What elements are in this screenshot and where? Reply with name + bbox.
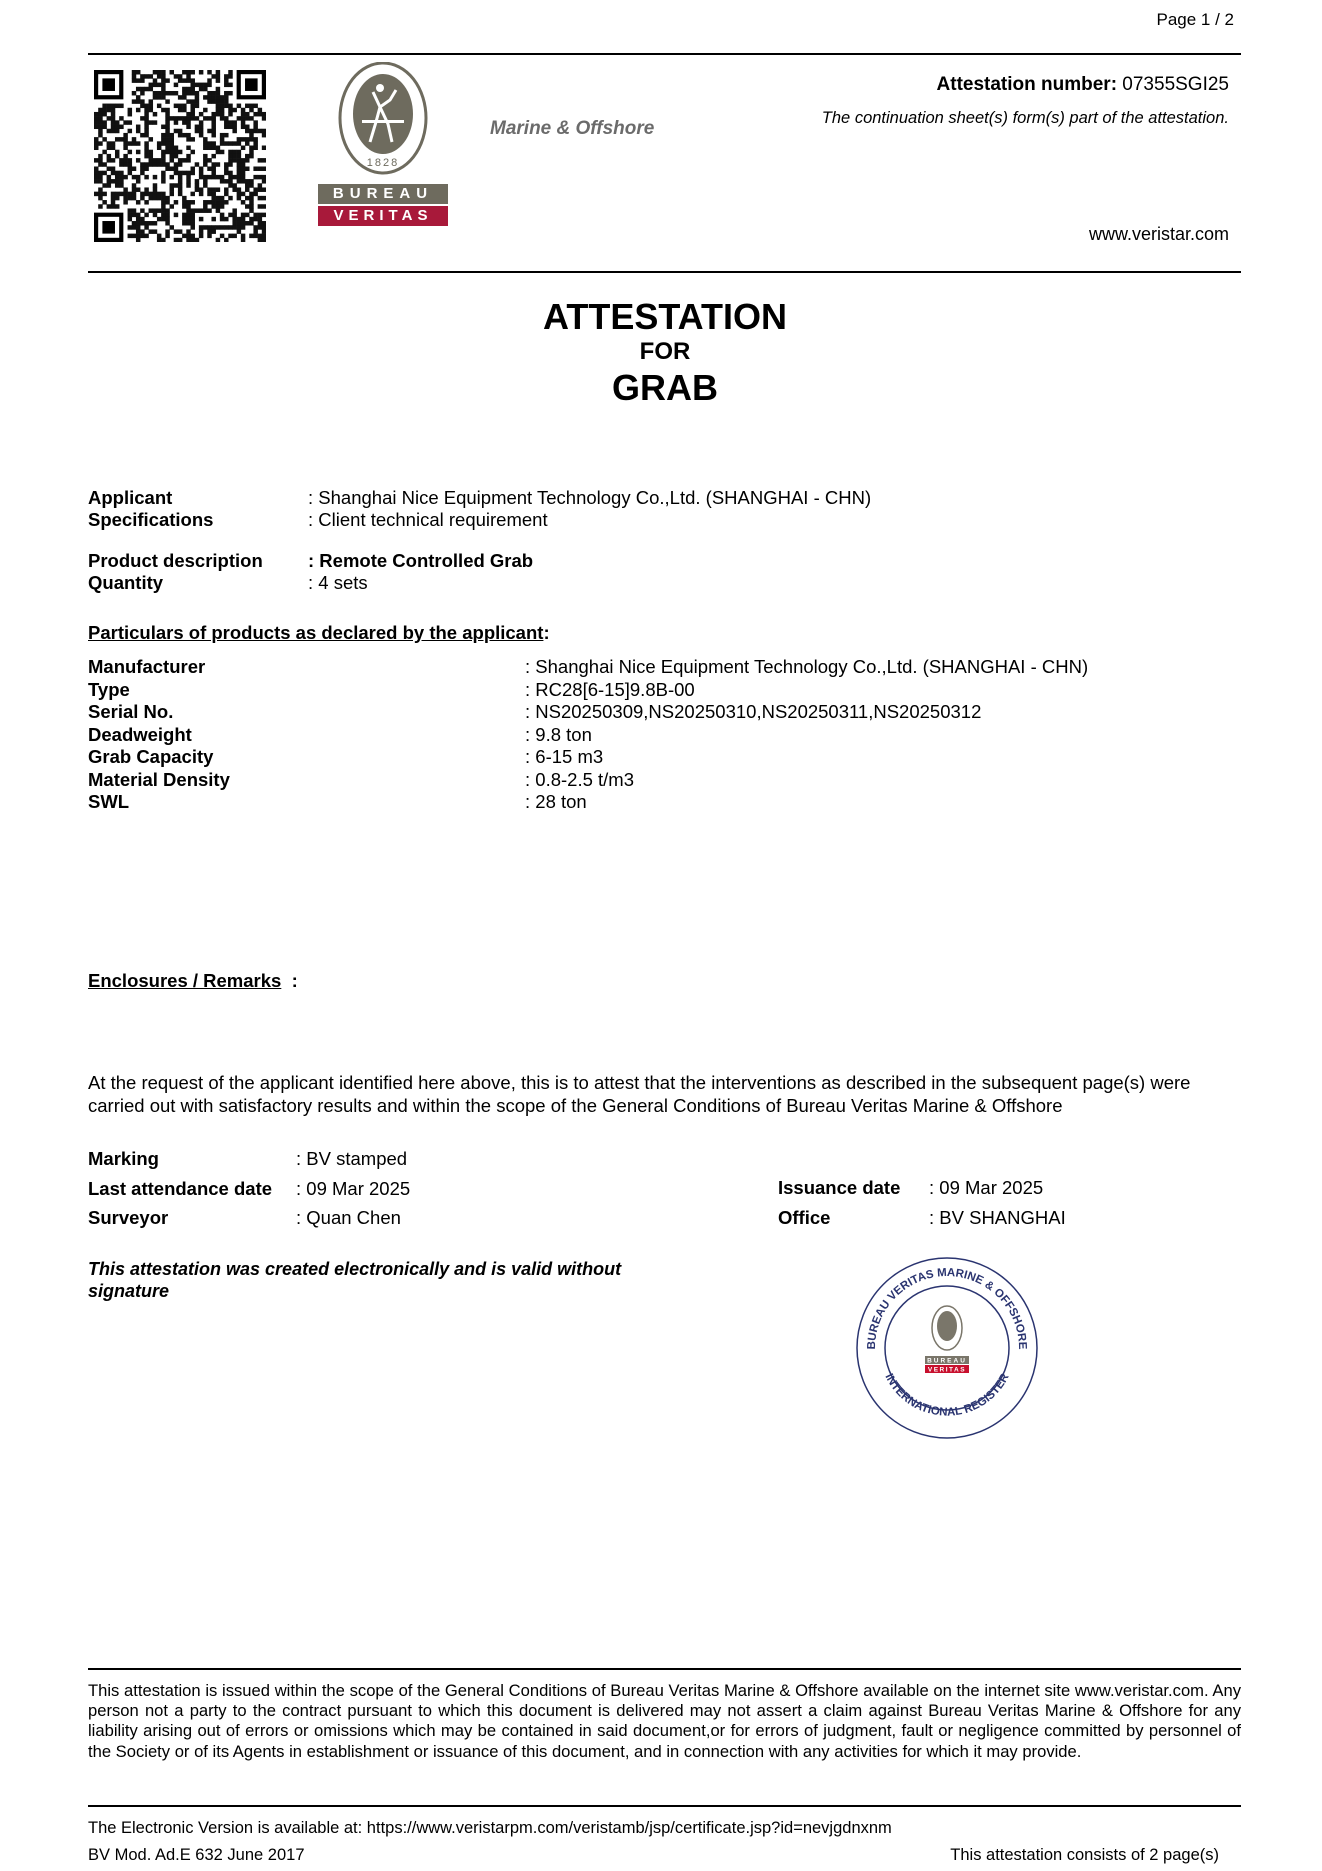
page-count: This attestation consists of 2 page(s) [950,1846,1219,1865]
header-rule-top [88,53,1241,55]
field-value: : Shanghai Nice Equipment Technology Co.… [525,656,1088,678]
header-rule-bottom [88,271,1241,273]
enclosures-heading: Enclosures / Remarks : [88,970,298,992]
attestation-number-value: 07355SGI25 [1122,74,1229,95]
field-value: : 28 ton [525,791,587,813]
field-value: : RC28[6-15]9.8B-00 [525,679,695,701]
field-value: : Client technical requirement [308,509,548,531]
footer-disclaimer: This attestation is issued within the sc… [88,1681,1241,1762]
field-value: : BV stamped [296,1148,407,1170]
field-label: Office [778,1207,830,1229]
field-label: Material Density [88,769,230,791]
bv-stamp-icon: BUREAU VERITAS MARINE & OFFSHORE INTERNA… [851,1252,1043,1444]
page-indicator: Page 1 / 2 [1156,10,1234,30]
field-label: Specifications [88,509,213,531]
footer-rule-bottom [88,1805,1241,1807]
logo-veritas-text: VERITAS [318,206,448,226]
svg-text:1828: 1828 [367,157,399,169]
field-label: Surveyor [88,1207,168,1229]
field-label: Deadweight [88,724,192,746]
bureau-veritas-logo: 1828 BUREAU VERITAS [318,62,448,227]
svg-text:INTERNATIONAL REGISTER: INTERNATIONAL REGISTER [882,1371,1011,1419]
field-value: : 0.8-2.5 t/m3 [525,769,634,791]
field-label: Last attendance date [88,1178,272,1200]
field-value: : Shanghai Nice Equipment Technology Co.… [308,487,871,509]
field-value: : Quan Chen [296,1207,401,1229]
field-label: Product description [88,550,263,572]
footer-rule-top [88,1668,1241,1670]
attestation-statement: At the request of the applicant identifi… [88,1071,1241,1117]
document-subject: GRAB [0,367,1322,409]
field-value: : NS20250309,NS20250310,NS20250311,NS202… [525,701,981,723]
form-reference: BV Mod. Ad.E 632 June 2017 [88,1846,305,1865]
field-label: Issuance date [778,1177,900,1199]
field-label: Serial No. [88,701,173,723]
document-title: ATTESTATION [0,296,1322,338]
website-link[interactable]: www.veristar.com [1089,224,1229,245]
field-value: : 9.8 ton [525,724,592,746]
svg-text:BUREAU: BUREAU [927,1358,967,1365]
field-label: Manufacturer [88,656,205,678]
qr-code-icon [94,70,266,242]
field-value: : Remote Controlled Grab [308,550,533,572]
field-label: Type [88,679,130,701]
attestation-number: Attestation number: 07355SGI25 [937,74,1229,96]
logo-bureau-text: BUREAU [318,184,448,204]
field-value: : 09 Mar 2025 [296,1178,410,1200]
electronic-version-link[interactable]: The Electronic Version is available at: … [88,1819,892,1838]
field-label: Grab Capacity [88,746,213,768]
electronic-signature-note: This attestation was created electronica… [88,1258,688,1302]
document-title-for: FOR [0,338,1322,366]
field-label: Marking [88,1148,159,1170]
division-name: Marine & Offshore [490,118,654,140]
field-label: SWL [88,791,129,813]
svg-text:VERITAS: VERITAS [928,1367,966,1374]
field-value: : 6-15 m3 [525,746,603,768]
field-value: : 4 sets [308,572,368,594]
particulars-heading: Particulars of products as declared by t… [88,622,550,644]
field-value: : BV SHANGHAI [929,1207,1066,1229]
field-label: Quantity [88,572,163,594]
attestation-number-label: Attestation number: [937,74,1118,95]
field-label: Applicant [88,487,172,509]
continuation-note: The continuation sheet(s) form(s) part o… [822,109,1229,128]
field-value: : 09 Mar 2025 [929,1177,1043,1199]
